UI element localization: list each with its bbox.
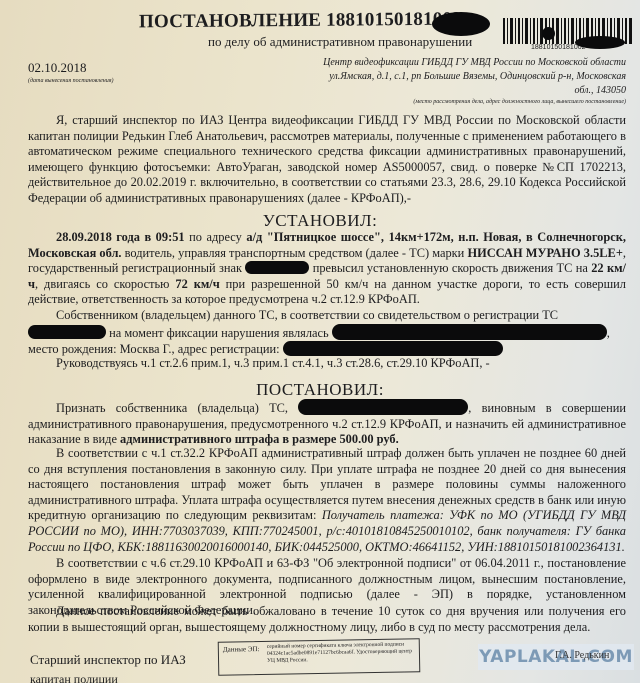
heading-established: УСТАНОВИЛ:: [0, 211, 640, 231]
owner-paragraph: Собственником (владельцем) данного ТС, в…: [28, 308, 626, 358]
redaction-barcode-dot: [542, 27, 555, 40]
text-fragment: на момент фиксации нарушения являлась: [106, 326, 332, 340]
text-fragment: , двигаясь со скоростью: [35, 277, 175, 291]
document-subtitle: по делу об административном правонарушен…: [208, 34, 472, 50]
text-fragment: превысил установленную скорость движения…: [309, 261, 591, 275]
text-fragment: Признать собственника (владельца) ТС,: [56, 401, 298, 415]
intro-paragraph: Я, старший инспектор по ИАЗ Центра видео…: [28, 113, 626, 207]
redaction-owner-name-2: [298, 399, 468, 415]
text-fragment: Данное постановление может быть обжалова…: [28, 604, 626, 634]
fine-amount: административного штрафа в размере 500.0…: [120, 432, 399, 446]
signer-position: Старший инспектор по ИАЗ: [30, 652, 186, 668]
redaction-owner-name: [332, 324, 607, 340]
intro-text: Я, старший инспектор по ИАЗ Центра видео…: [28, 113, 626, 205]
vehicle-model: НИССАН МУРАНО 3.5LE+: [467, 246, 622, 260]
decision-date: 02.10.2018: [28, 60, 87, 76]
guided-by-paragraph: Руководствуясь ч.1 ст.2.6 прим.1, ч.3 пр…: [28, 356, 626, 372]
redaction-title-number: [432, 12, 490, 36]
redaction-plate: [245, 261, 309, 274]
text-fragment: В соответствии с ч.6 ст.29.10 КРФоАП и 6…: [56, 556, 544, 570]
violation-datetime: 28.09.2018 года в 09:51: [56, 230, 185, 244]
appeal-paragraph: Данное постановление может быть обжалова…: [28, 604, 626, 635]
signer-name: Г.А. Редькин: [555, 650, 609, 661]
redaction-registration: [28, 325, 106, 339]
stamp-text: серийный номер сертификата ключа электро…: [267, 641, 415, 665]
text-fragment: по адресу: [185, 230, 247, 244]
payment-paragraph: В соответствии с ч.1 ст.32.2 КРФоАП адми…: [28, 446, 626, 555]
e-signature-stamp: Данные ЭП: серийный номер сертификата кл…: [218, 638, 421, 676]
document-title: ПОСТАНОВЛЕНИЕ 18810150181002: [138, 9, 461, 34]
violation-paragraph: 28.09.2018 года в 09:51 по адресу а/д "П…: [28, 230, 626, 308]
issuing-organization: Центр видеофиксации ГИБДД ГУ МВД России …: [286, 56, 626, 98]
stamp-label: Данные ЭП:: [223, 646, 260, 654]
signer-rank: капитан полиции: [30, 672, 118, 683]
redaction-barcode-number: [575, 36, 625, 49]
guilty-paragraph: Признать собственника (владельца) ТС, , …: [28, 399, 626, 448]
org-line: Центр видеофиксации ГИБДД ГУ МВД России …: [286, 56, 626, 70]
text-fragment: место рождения: Москва Г., адрес регистр…: [28, 342, 283, 356]
text-fragment: водитель, управляя транспортным средство…: [122, 246, 468, 260]
issuing-organization-caption: (место рассмотрения дела, адрес должност…: [413, 99, 626, 105]
org-line: обл., 143050: [286, 84, 626, 98]
heading-decided: ПОСТАНОВИЛ:: [0, 380, 640, 400]
decision-date-caption: (дата вынесения постановления): [28, 78, 114, 84]
org-line: ул.Ямская, д.1, с.1, рп Большие Вяземы, …: [286, 70, 626, 84]
text-fragment: Собственником (владельцем) данного ТС, в…: [56, 308, 558, 322]
recorded-speed: 72 км/ч: [175, 277, 219, 291]
document-page: ПОСТАНОВЛЕНИЕ 18810150181002 по делу об …: [0, 0, 640, 683]
redaction-address: [283, 341, 503, 356]
text-fragment: Руководствуясь ч.1 ст.2.6 прим.1, ч.3 пр…: [56, 356, 490, 370]
